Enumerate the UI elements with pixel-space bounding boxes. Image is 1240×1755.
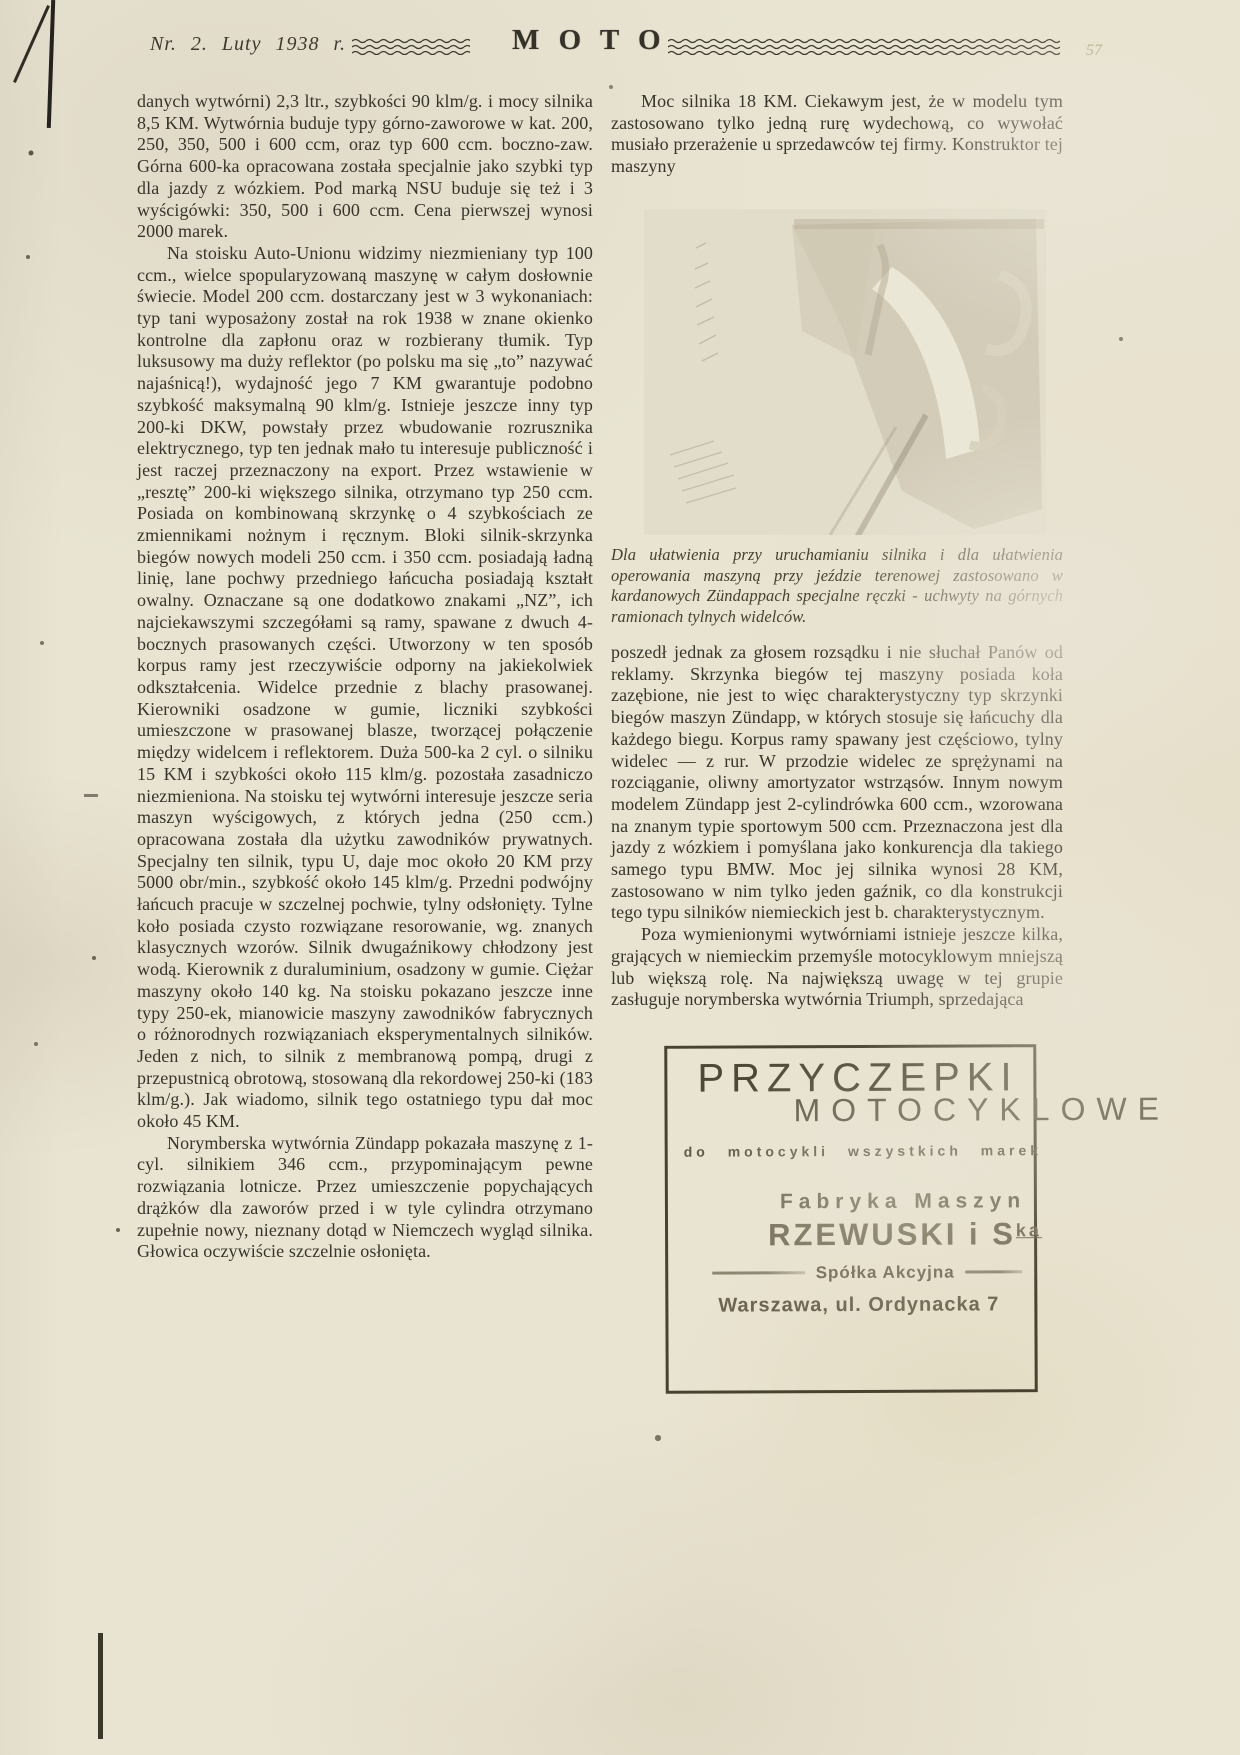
scan-artifact-slash (13, 5, 50, 83)
ad-company-name: RZEWUSKI i Ska (768, 1220, 1022, 1246)
decorative-rule (712, 1271, 805, 1274)
scan-artifact-line (98, 1633, 103, 1739)
ad-legal-form-label: Spółka Akcyjna (816, 1261, 955, 1283)
wavy-divider-left (352, 38, 470, 55)
ad-headline-przyczepki: PRZYCZEPKI (697, 1067, 1021, 1090)
article-paragraph: Na stoisku Auto-Unionu widzimy niezmieni… (137, 243, 593, 1133)
magazine-title: M O T O (512, 24, 667, 57)
article-paragraph: Moc silnika 18 KM. Ciekawym jest, że w m… (611, 91, 1063, 178)
article-paragraph: Norymberska wytwórnia Zündapp pokazała m… (137, 1133, 593, 1263)
ad-address: Warszawa, ul. Ordynacka 7 (718, 1294, 1022, 1317)
advertisement-box: PRZYCZEPKI MOTOCYKLOWE do motocykli wszy… (664, 1044, 1038, 1394)
article-column-right: Moc silnika 18 KM. Ciekawym jest, że w m… (611, 91, 1063, 1393)
scan-artifact-dash (84, 794, 98, 797)
scan-artifact-line (47, 0, 55, 128)
photo-caption: Dla ułatwienia przy uruchamianiu silnika… (611, 545, 1063, 628)
motorcycle-photo (644, 209, 1046, 535)
ad-headline-motocyklowe: MOTOCYKLOWE (793, 1099, 1021, 1122)
decorative-rule (965, 1270, 1023, 1273)
ad-legal-form: Spółka Akcyjna (712, 1261, 1022, 1284)
wavy-divider-right (668, 38, 1060, 55)
article-column-left: danych wytwórni) 2,3 ltr., szybkości 90 … (137, 91, 593, 1263)
ad-company-suffix: ka (1016, 1220, 1042, 1240)
page-number: 57 (1086, 42, 1102, 60)
ad-factory-line: Fabryka Maszyn (780, 1190, 1022, 1213)
issue-date: Nr. 2. Luty 1938 r. (150, 33, 346, 56)
ad-company-main: RZEWUSKI i S (768, 1216, 1016, 1252)
article-paragraph: danych wytwórni) 2,3 ltr., szybkości 90 … (137, 91, 593, 243)
article-paragraph: poszedł jednak za głosem rozsądku i nie … (611, 642, 1063, 924)
article-paragraph: Poza wymienionymi wytwórniami istnieje j… (611, 924, 1063, 1011)
magazine-page: Nr. 2. Luty 1938 r. M O T O 57 danych wy… (0, 0, 1240, 1755)
ad-subline: do motocykli wszystkich marek (684, 1141, 1022, 1164)
scan-speckles (0, 0, 2, 2)
